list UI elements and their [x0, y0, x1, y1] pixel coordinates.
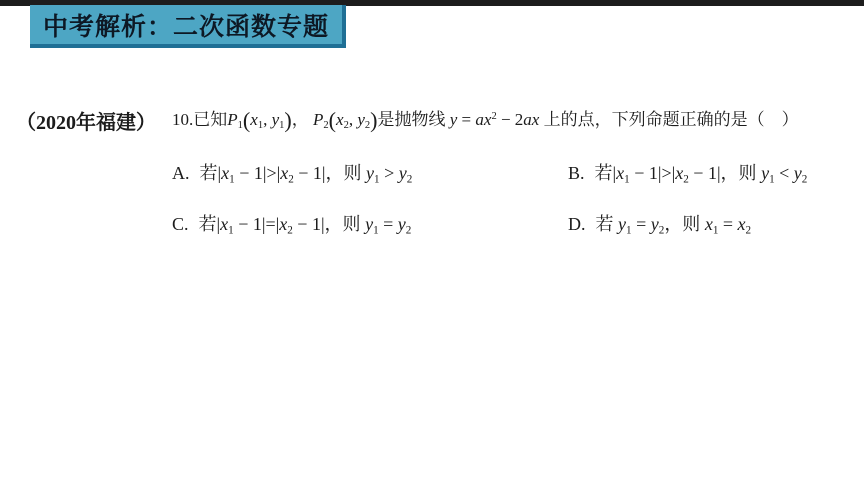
- option-b: B.若|x1 − 1|>|x2 − 1|，则 y1 < y2: [568, 158, 807, 194]
- option-d: D.若 y1 = y2，则 x1 = x2: [568, 209, 751, 245]
- option-a-text: 若|x1 − 1|>|x2 − 1|，则 y1 > y2: [200, 163, 413, 183]
- option-a-label: A.: [172, 163, 190, 183]
- problem-statement-text: 10.已知P1(x1, y1)， P2(x2, y2)是抛物线 y = ax2 …: [172, 110, 799, 129]
- option-a: A.若|x1 − 1|>|x2 − 1|，则 y1 > y2: [172, 158, 412, 194]
- option-d-text: 若 y1 = y2，则 x1 = x2: [596, 214, 752, 234]
- option-b-label: B.: [568, 163, 585, 183]
- option-c-text: 若|x1 − 1|=|x2 − 1|，则 y1 = y2: [199, 214, 412, 234]
- option-c: C.若|x1 − 1|=|x2 − 1|，则 y1 = y2: [172, 209, 411, 245]
- title-banner: 中考解析：二次函数专题: [30, 5, 346, 48]
- exam-source-label: （2020年福建）: [16, 106, 156, 135]
- slide-title: 中考解析：二次函数专题: [43, 7, 329, 43]
- problem-statement: 10.已知P1(x1, y1)， P2(x2, y2)是抛物线 y = ax2 …: [172, 103, 799, 140]
- option-d-label: D.: [568, 214, 586, 234]
- option-b-text: 若|x1 − 1|>|x2 − 1|，则 y1 < y2: [595, 163, 808, 183]
- slide: 中考解析：二次函数专题 （2020年福建） 10.已知P1(x1, y1)， P…: [0, 0, 864, 486]
- option-c-label: C.: [172, 214, 189, 234]
